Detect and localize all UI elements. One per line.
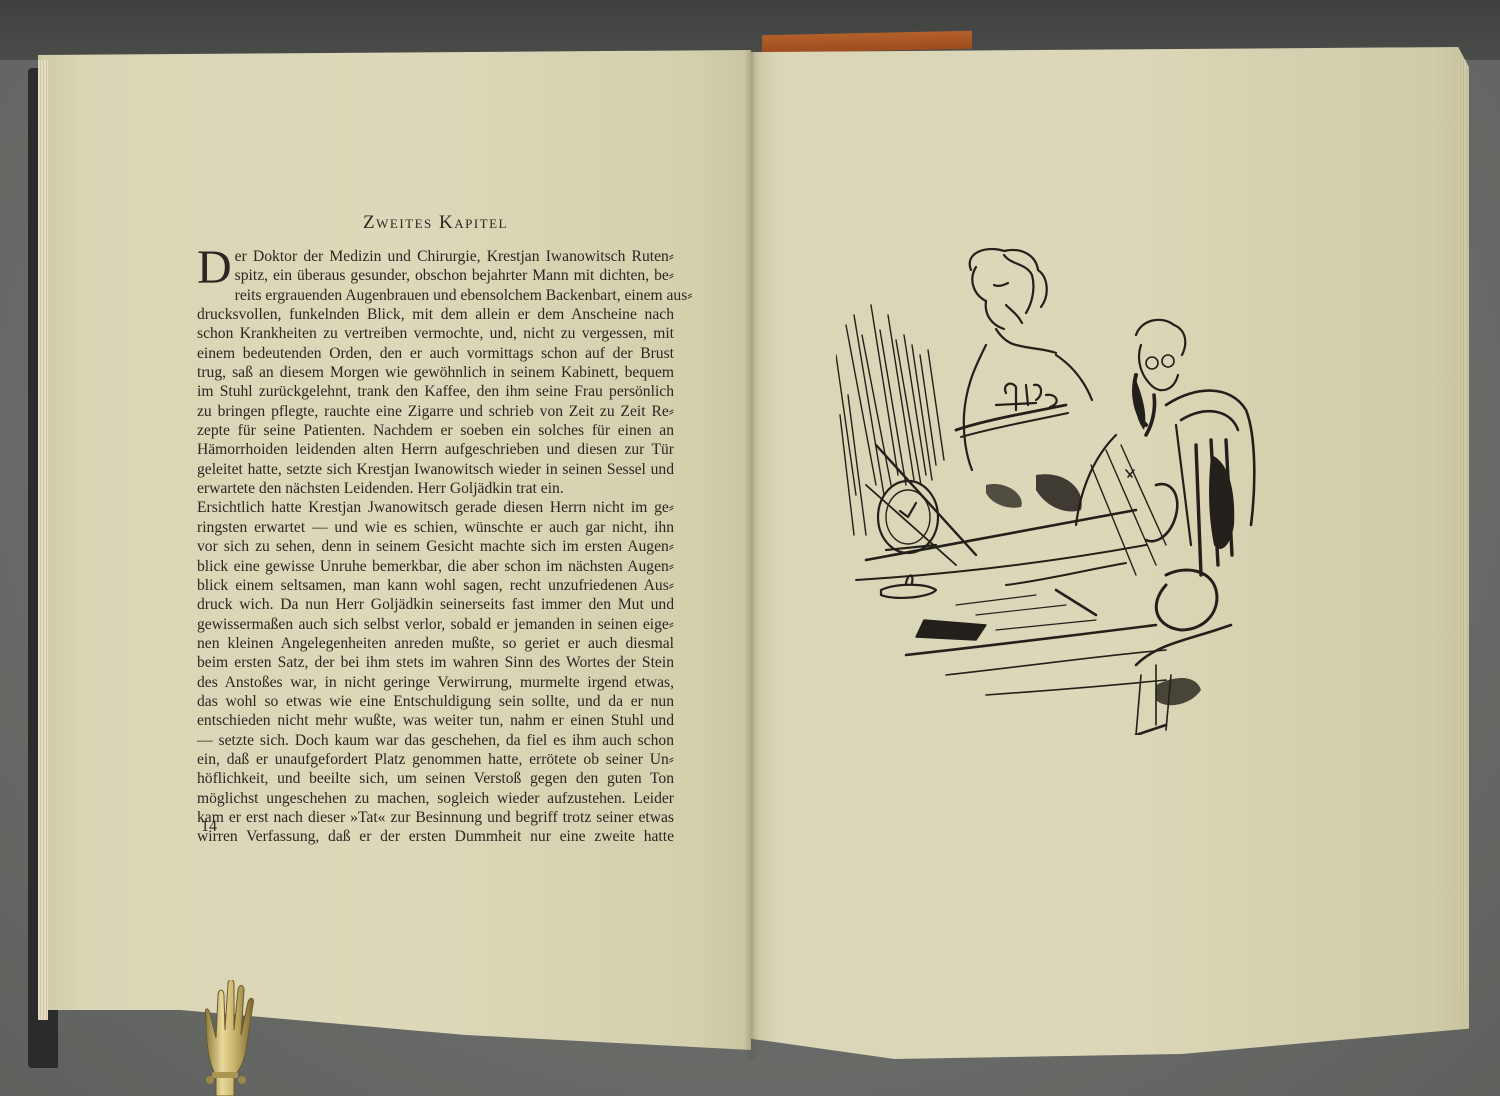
text-line: erwartete den nächsten Leidenden. Herr G…	[197, 479, 674, 498]
page-number: 14	[201, 818, 217, 836]
drop-cap: D	[197, 249, 232, 287]
book-gutter	[744, 50, 760, 1060]
woman-figure	[956, 249, 1092, 470]
left-page-edges	[38, 60, 48, 1020]
text-line: zepte für seine Patienten. Nachdem er so…	[197, 421, 674, 440]
text-line: zu bringen pflegte, rauchte eine Zigarre…	[197, 402, 674, 421]
chapter-title-text: Zweites Kapitel	[363, 212, 508, 233]
inkwell	[881, 576, 986, 641]
paragraph-1: D er Doktor der Medizin und Chirurgie, K…	[197, 247, 674, 498]
text-line: reits ergrauenden Augenbrauen und ebenso…	[197, 286, 674, 305]
text-line: gewissermaßen auch sich selbst verlor, s…	[197, 615, 674, 634]
left-page-text: Zweites Kapitel D er Doktor der Medizin …	[197, 212, 674, 847]
chapter-title: Zweites Kapitel	[197, 212, 674, 234]
text-line: Ersichtlich hatte Krestjan Jwanowitsch g…	[197, 498, 674, 517]
text-line: kam er erst nach dieser »Tat« zur Besinn…	[197, 808, 674, 827]
text-line: spitz, ein überaus gesunder, obschon bej…	[197, 266, 674, 285]
text-line: blick einem seltsamen, man kann wohl sag…	[197, 576, 674, 595]
text-line: höflichkeit, und beeilte sich, um seinen…	[197, 769, 674, 788]
text-line: möglichst ungeschehen zu machen, sogleic…	[197, 789, 674, 808]
text-line: das wohl so etwas wie eine Entschuldigun…	[197, 692, 674, 711]
doctor-figure	[1076, 320, 1191, 575]
text-line: beim ersten Satz, der bei ihm stets im w…	[197, 653, 674, 672]
text-line: wirren Verfassung, daß er der ersten Dum…	[197, 827, 674, 846]
text-line: trug, saß an diesem Morgen wie gewöhnlic…	[197, 363, 674, 382]
text-line: drucksvollen, funkelnden Blick, mit dem …	[197, 305, 674, 324]
text-line: nen kleinen Angelegenheiten anreden mußt…	[197, 634, 674, 653]
text-line: blick eine gewisse Unruhe bemerkbar, die…	[197, 557, 674, 576]
text-line: des Anstoßes war, in nicht geringe Verwi…	[197, 673, 674, 692]
text-line: schon Krankheiten zu vertreiben vermocht…	[197, 324, 674, 343]
text-line: vor sich zu sehen, denn in seinem Gesich…	[197, 537, 674, 556]
clock	[878, 481, 938, 553]
background-hatching	[836, 305, 976, 565]
text-line: geleitet hatte, setzte sich Krestjan Iwa…	[197, 460, 674, 479]
text-line: Hämorrhoiden leidenden alten Herrn aufge…	[197, 440, 674, 459]
text-line: ringsten erwartet — und wie es schien, w…	[197, 518, 674, 537]
desk	[856, 510, 1166, 695]
text-line: er Doktor der Medizin und Chirurgie, Kre…	[197, 247, 674, 266]
text-line: entschieden nicht mehr wußte, was weiter…	[197, 711, 674, 730]
text-line: im Stuhl zurückgelehnt, trank den Kaffee…	[197, 382, 674, 401]
paragraph-2: Ersichtlich hatte Krestjan Jwanowitsch g…	[197, 498, 674, 846]
right-page-edges	[1458, 60, 1466, 990]
text-line: ein, daß er unaufgefordert Platz genomme…	[197, 750, 674, 769]
ink-illustration	[836, 245, 1256, 735]
text-line: — setzte sich. Doch kaum war das gescheh…	[197, 731, 674, 750]
text-line: einem bedeutenden Orden, den er auch vor…	[197, 344, 674, 363]
brass-hand-page-holder	[196, 980, 270, 1096]
text-line: druck wich. Da nun Herr Goljädkin seiner…	[197, 595, 674, 614]
